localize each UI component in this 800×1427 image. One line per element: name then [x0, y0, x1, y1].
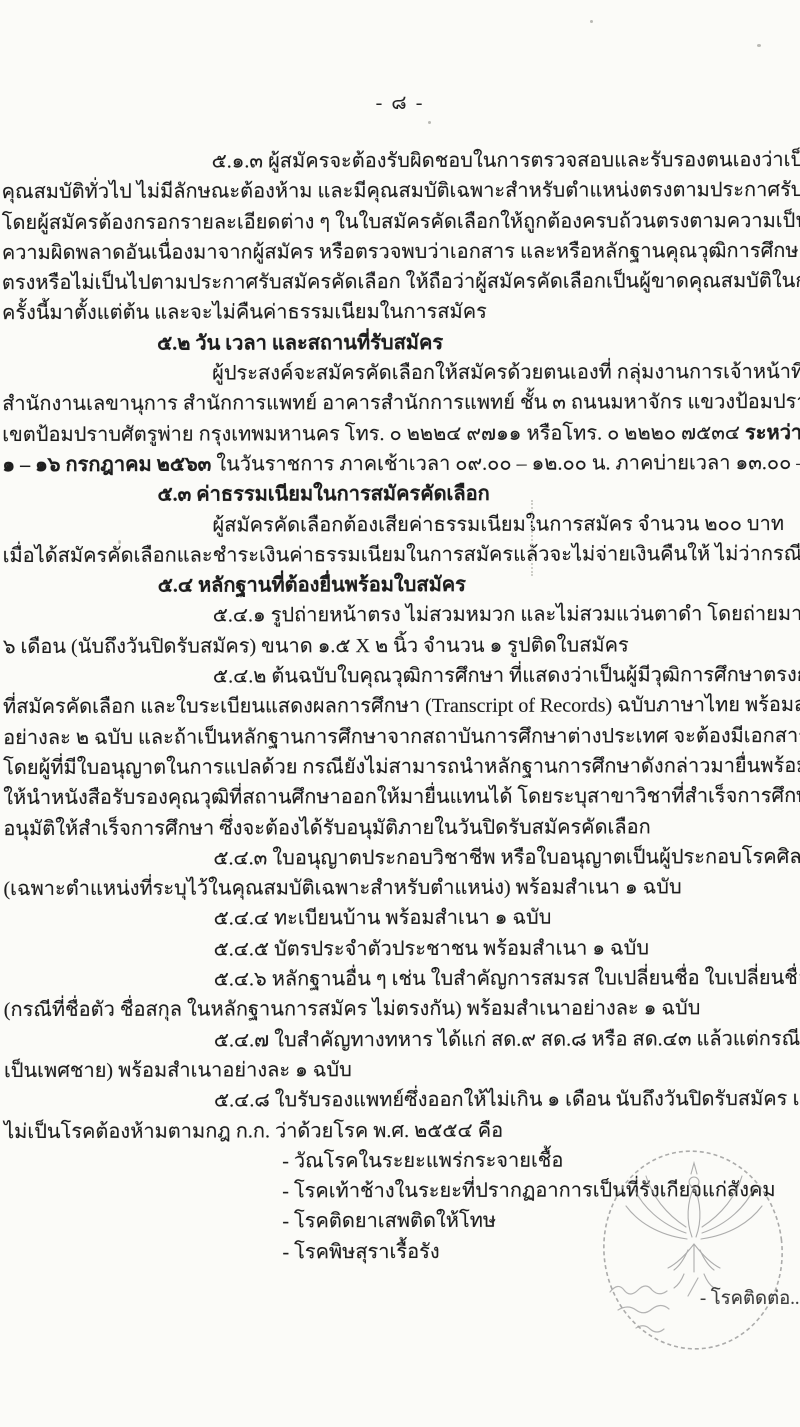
text-line: อย่างละ ๒ ฉบับ และถ้าเป็นหลักฐานการศึกษา… [0, 721, 800, 753]
text-line: ความผิดพลาดอันเนื่องมาจากผู้สมัคร หรือตร… [0, 236, 800, 268]
text-line: ๕.๓ ค่าธรรมเนียมในการสมัครคัดเลือก [0, 478, 800, 510]
text-line: ๖ เดือน (นับถึงวันปิดรับสมัคร) ขนาด ๑.๕ … [0, 630, 800, 662]
text-line: เป็นเพศชาย) พร้อมสำเนาอย่างละ ๑ ฉบับ [1, 1054, 800, 1086]
garuda-emblem-icon [588, 1132, 800, 1372]
text-line: ที่สมัครคัดเลือก และใบระเบียนแสดงผลการศึ… [0, 690, 800, 722]
text-line: ผู้สมัครคัดเลือกต้องเสียค่าธรรมเนียมในกา… [0, 508, 800, 540]
text-line: ครั้งนี้มาตั้งแต่ต้น และจะไม่คืนค่าธรรมเ… [0, 296, 800, 328]
text-line: ตรงหรือไม่เป็นไปตามประกาศรับสมัครคัดเลือ… [0, 266, 800, 298]
scan-artifact [531, 500, 533, 576]
text-line: เขตป้อมปราบศัตรูพ่าย กรุงเทพมหานคร โทร. … [0, 418, 800, 450]
text-line: (กรณีที่ชื่อตัว ชื่อสกุล ในหลักฐานการสมั… [1, 993, 800, 1025]
scan-artifact [757, 44, 761, 47]
text-line: ๕.๔.๕ บัตรประจำตัวประชาชน พร้อมสำเนา ๑ ฉ… [1, 933, 800, 965]
text-line: สำนักงานเลขานุการ สำนักการแพทย์ อาคารสำน… [0, 387, 800, 419]
text-line: ๕.๔.๒ ต้นฉบับใบคุณวุฒิการศึกษา ที่แสดงว่… [0, 660, 800, 692]
garuda-stamp: - โรคติดต่อ... [588, 1132, 800, 1372]
scan-artifact [428, 121, 431, 124]
text-line: โดยผู้ที่มีใบอนุญาตในการแปลด้วย กรณียังไ… [0, 751, 800, 783]
scan-artifact [590, 20, 593, 23]
scanned-page: - ๘ - ๕.๑.๓ ผู้สมัครจะต้องรับผิดชอบในการ… [0, 0, 800, 1427]
stamp-catchword: - โรคติดต่อ... [700, 1284, 800, 1313]
text-line: ๑ – ๑๖ กรกฎาคม ๒๕๖๓ ในวันราชการ ภาคเช้าเ… [0, 448, 800, 480]
scan-artifact [118, 540, 121, 544]
document-body: ๕.๑.๓ ผู้สมัครจะต้องรับผิดชอบในการตรวจสอ… [0, 145, 800, 1268]
text-line: ๕.๔ หลักฐานที่ต้องยื่นพร้อมใบสมัคร [0, 569, 800, 601]
text-line: ผู้ประสงค์จะสมัครคัดเลือกให้สมัครด้วยตนเ… [0, 357, 800, 389]
text-line: ๕.๔.๑ รูปถ่ายหน้าตรง ไม่สวมหมวก และไม่สว… [0, 599, 800, 631]
text-line: โดยผู้สมัครต้องกรอกรายละเอียดต่าง ๆ ในใบ… [0, 206, 800, 238]
text-line: ให้นำหนังสือรับรองคุณวุฒิที่สถานศึกษาออก… [0, 781, 800, 813]
text-line: ๕.๑.๓ ผู้สมัครจะต้องรับผิดชอบในการตรวจสอ… [0, 145, 800, 177]
text-line: ๕.๔.๓ ใบอนุญาตประกอบวิชาชีพ หรือใบอนุญาต… [0, 842, 800, 874]
text-line: (เฉพาะตำแหน่งที่ระบุไว้ในคุณสมบัติเฉพาะส… [0, 872, 800, 904]
text-line: คุณสมบัติทั่วไป ไม่มีลักษณะต้องห้าม และม… [0, 175, 800, 207]
text-line: ๕.๔.๔ ทะเบียนบ้าน พร้อมสำเนา ๑ ฉบับ [1, 902, 800, 934]
handwriting-signature [610, 1278, 698, 1332]
text-line: ๕.๔.๖ หลักฐานอื่น ๆ เช่น ใบสำคัญการสมรส … [1, 963, 800, 995]
page-number: - ๘ - [0, 86, 800, 118]
text-line: อนุมัติให้สำเร็จการศึกษา ซึ่งจะต้องได้รั… [0, 811, 800, 843]
text-line: ๕.๔.๗ ใบสำคัญทางทหาร ได้แก่ สด.๙ สด.๘ หร… [1, 1024, 800, 1056]
text-line: ๕.๒ วัน เวลา และสถานที่รับสมัคร [0, 327, 800, 359]
text-line: ๕.๔.๘ ใบรับรองแพทย์ซึ่งออกให้ไม่เกิน ๑ เ… [1, 1084, 800, 1116]
